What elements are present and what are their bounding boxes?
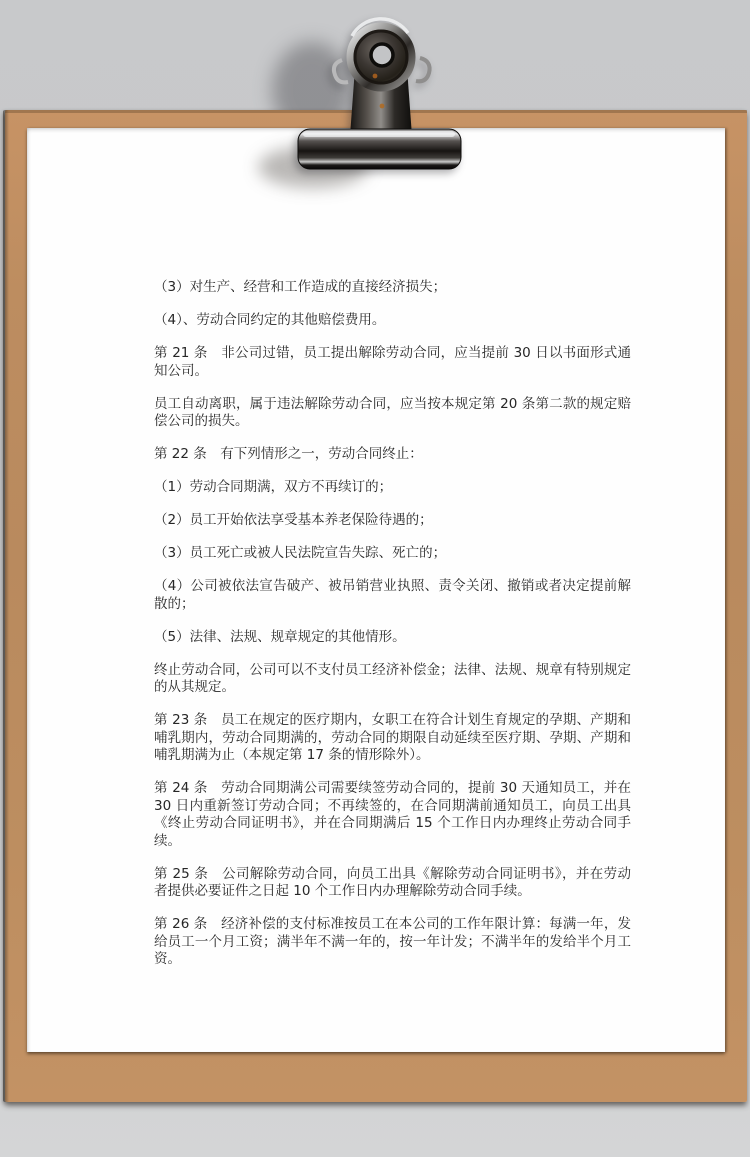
paragraph: 第 26 条 经济补偿的支付标准按员工在本公司的工作年限计算：每满一年，发给员工… <box>154 916 631 969</box>
paragraph: （2）员工开始依法享受基本养老保险待遇的； <box>154 512 631 530</box>
paragraph: （5）法律、法规、规章规定的其他情形。 <box>154 629 631 647</box>
paragraph: 第 25 条 公司解除劳动合同，向员工出具《解除劳动合同证明书》，并在劳动者提供… <box>154 866 631 901</box>
metal-spring-clip-icon <box>286 16 472 174</box>
paragraph: （1）劳动合同期满，双方不再续订的； <box>154 479 631 497</box>
paragraph: （4）公司被依法宣告破产、被吊销营业执照、责令关闭、撤销或者决定提前解散的； <box>154 578 631 613</box>
paragraph: 第 23 条 员工在规定的医疗期内，女职工在符合计划生育规定的孕期、产期和哺乳期… <box>154 712 631 765</box>
document-text: （3）对生产、经营和工作造成的直接经济损失；（4）、劳动合同约定的其他赔偿费用。… <box>154 279 631 984</box>
paragraph: （3）对生产、经营和工作造成的直接经济损失； <box>154 279 631 297</box>
paper-sheet: （3）对生产、经营和工作造成的直接经济损失；（4）、劳动合同约定的其他赔偿费用。… <box>27 128 725 1052</box>
paragraph: （4）、劳动合同约定的其他赔偿费用。 <box>154 312 631 330</box>
paragraph: 第 24 条 劳动合同期满公司需要续签劳动合同的，提前 30 天通知员工，并在 … <box>154 780 631 850</box>
paragraph: 第 21 条 非公司过错，员工提出解除劳动合同，应当提前 30 日以书面形式通知… <box>154 345 631 380</box>
photo-scene: （3）对生产、经营和工作造成的直接经济损失；（4）、劳动合同约定的其他赔偿费用。… <box>0 0 750 1157</box>
paragraph: 员工自动离职，属于违法解除劳动合同，应当按本规定第 20 条第二款的规定赔偿公司… <box>154 396 631 431</box>
paragraph: 第 22 条 有下列情形之一，劳动合同终止： <box>154 446 631 464</box>
paragraph: 终止劳动合同，公司可以不支付员工经济补偿金；法律、法规、规章有特别规定的从其规定… <box>154 662 631 697</box>
paragraph: （3）员工死亡或被人民法院宣告失踪、死亡的； <box>154 545 631 563</box>
